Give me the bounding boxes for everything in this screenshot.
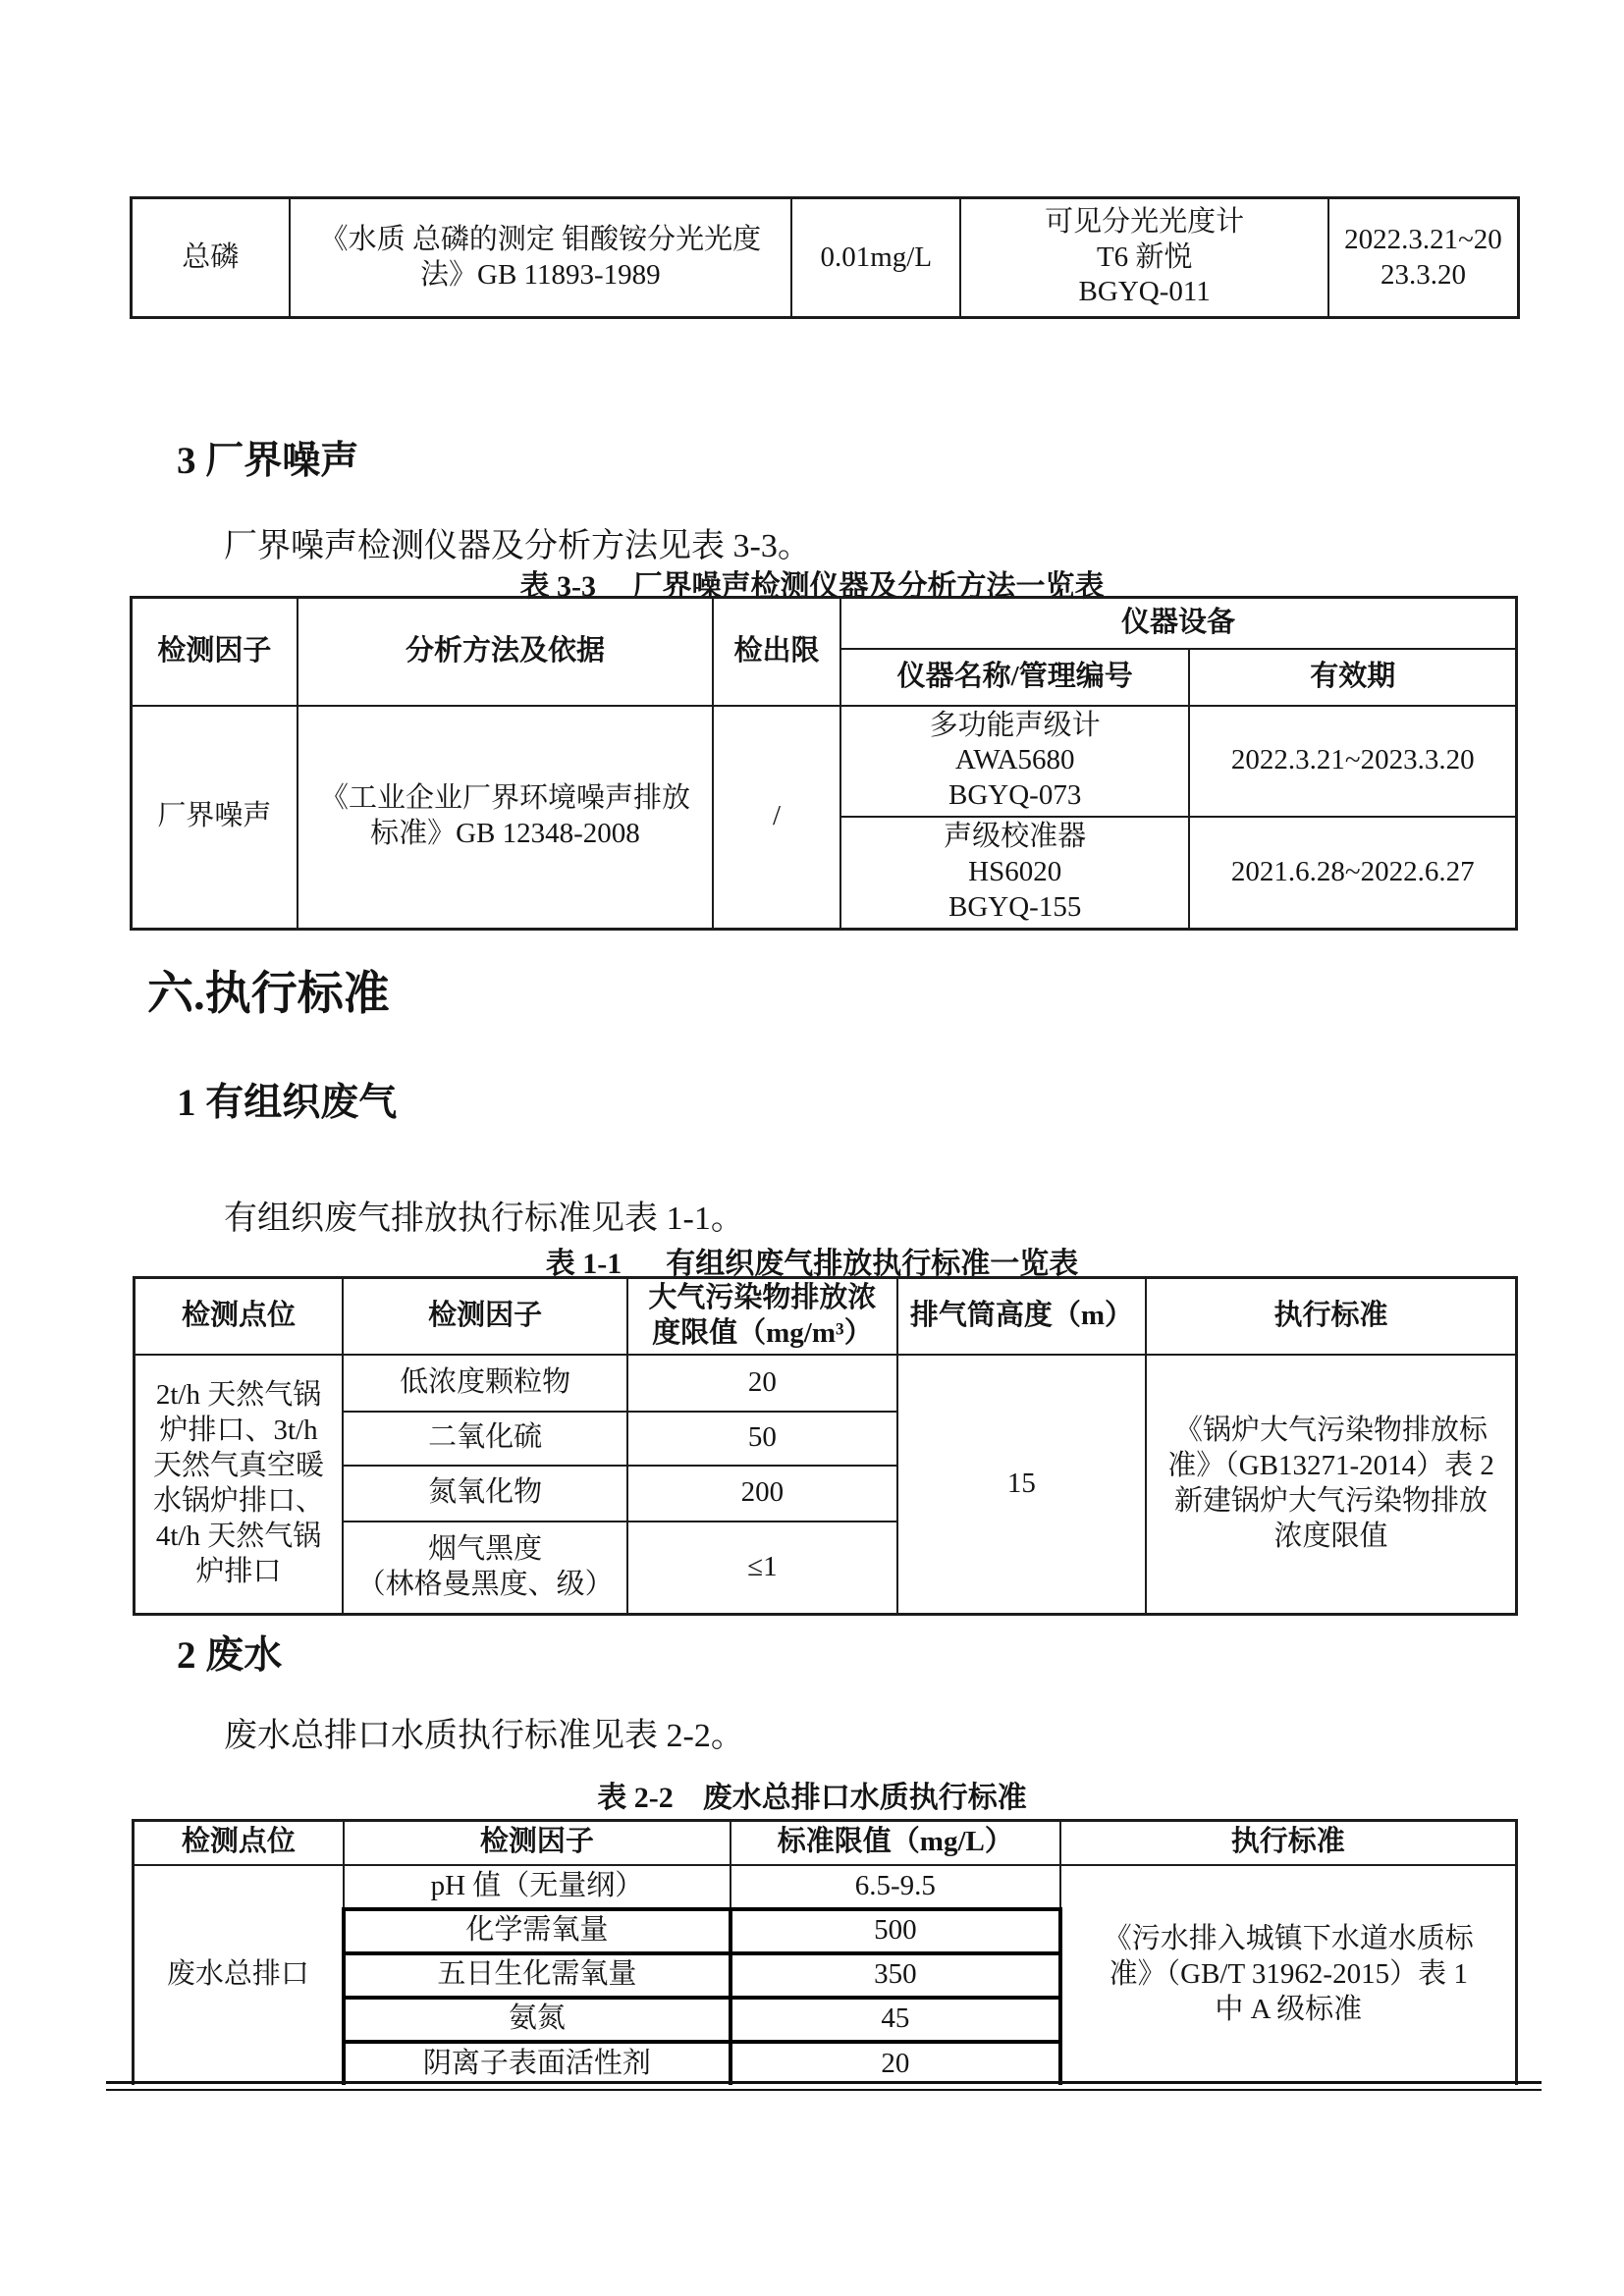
cell-factor-noise: 厂界噪声 [132,706,298,930]
cell-validity-sound-level-meter: 2022.3.21~2023.3.20 [1189,706,1516,818]
cell-validity-calibrator: 2021.6.28~2022.6.27 [1189,817,1516,929]
table-1-1-gas-standards: 检测点位 检测因子 大气污染物排放浓 度限值（mg/m³） 排气筒高度（m） 执… [133,1276,1518,1616]
cell-limit-bod5: 350 [731,1953,1059,1998]
cell-limit-ph: 6.5-9.5 [731,1865,1059,1909]
cell-stack-height-value: 15 [897,1355,1146,1615]
paragraph-noise-intro: 厂界噪声检测仪器及分析方法见表 3-3。 [224,518,811,566]
cell-factor-nox: 氮氧化物 [343,1466,627,1522]
cell-limit-cod: 500 [731,1909,1059,1953]
caption-table-2-2: 表 2-2 废水总排口水质执行标准 [0,1773,1624,1816]
cell-instrument-calibrator: 声级校准器 HS6020 BGYQ-155 [840,817,1190,929]
header-limit: 标准限值（mg/L） [731,1821,1059,1865]
paragraph-gas-intro: 有组织废气排放执行标准见表 1-1。 [224,1191,744,1239]
cell-detection-limit-noise: / [713,706,840,930]
document-page: 总磷 《水质 总磷的测定 钼酸铵分光光度 法》GB 11893-1989 0.0… [0,0,1624,2296]
cell-limit-anionic-surfactant: 20 [731,2042,1059,2085]
table-bottom-double-rule [106,2081,1542,2091]
header-instrument-name: 仪器名称/管理编号 [840,649,1190,706]
cell-factor-total-phosphorus: 总磷 [132,198,290,318]
cell-standard-sewer: 《污水排入城镇下水道水质标 准》（GB/T 31962-2015）表 1 中 A… [1060,1865,1517,2085]
header-stack-height: 排气筒高度（m） [897,1278,1146,1355]
cell-factor-particulates: 低浓度颗粒物 [343,1355,627,1412]
header-factor: 检测因子 [132,598,298,706]
cell-limit-particulates: 20 [627,1355,897,1412]
cell-factor-so2: 二氧化硫 [343,1412,627,1466]
cell-standard-boiler: 《锅炉大气污染物排放标 准》（GB13271-2014）表 2 新建锅炉大气污染… [1146,1355,1516,1615]
header-method: 分析方法及依据 [298,598,713,706]
cell-detection-limit: 0.01mg/L [791,198,960,318]
cell-factor-smoke-blackness: 烟气黑度 （林格曼黑度、级） [343,1522,627,1615]
header-concentration-limit: 大气污染物排放浓 度限值（mg/m³） [627,1278,897,1355]
header-detection-limit: 检出限 [713,598,840,706]
cell-validity: 2022.3.21~2023.3.20 [1328,198,1519,318]
cell-factor-cod: 化学需氧量 [344,1909,731,1953]
cell-factor-anionic-surfactant: 阴离子表面活性剂 [344,2042,731,2085]
cell-limit-ammonia: 45 [731,1998,1059,2042]
header-location: 检测点位 [135,1278,344,1355]
section-heading-noise: 3 厂界噪声 [177,430,358,485]
header-factor: 检测因子 [343,1278,627,1355]
cell-instrument-sound-level-meter: 多功能声级计 AWA5680 BGYQ-073 [840,706,1190,818]
cell-instrument: 可见分光光度计 T6 新悦 BGYQ-011 [960,198,1327,318]
section-heading-standards: 六.执行标准 [147,957,390,1023]
cell-method-noise: 《工业企业厂界环境噪声排放 标准》GB 12348-2008 [298,706,713,930]
cell-method-total-phosphorus: 《水质 总磷的测定 钼酸铵分光光度 法》GB 11893-1989 [290,198,792,318]
header-equipment-group: 仪器设备 [840,598,1517,649]
section-heading-water: 2 废水 [177,1625,282,1680]
cell-limit-nox: 200 [627,1466,897,1522]
cell-location-boilers: 2t/h 天然气锅 炉排口、3t/h 天然气真空暖 水锅炉排口、 4t/h 天然… [135,1355,344,1615]
section-heading-gas: 1 有组织废气 [177,1072,397,1127]
header-validity: 有效期 [1189,649,1516,706]
cell-location-outfall: 废水总排口 [134,1865,344,2085]
cell-factor-ph: pH 值（无量纲） [344,1865,731,1909]
header-standard: 执行标准 [1060,1821,1517,1865]
cell-factor-ammonia: 氨氮 [344,1998,731,2042]
header-factor: 检测因子 [344,1821,731,1865]
table-2-2-wastewater-standards: 检测点位 检测因子 标准限值（mg/L） 执行标准 废水总排口 pH 值（无量纲… [132,1819,1518,2085]
cell-limit-so2: 50 [627,1412,897,1466]
table-3-3-noise-instruments: 检测因子 分析方法及依据 检出限 仪器设备 仪器名称/管理编号 有效期 厂界噪声… [130,596,1518,931]
table-continuation-total-phosphorus: 总磷 《水质 总磷的测定 钼酸铵分光光度 法》GB 11893-1989 0.0… [130,196,1520,319]
cell-factor-bod5: 五日生化需氧量 [344,1953,731,1998]
header-location: 检测点位 [134,1821,344,1865]
header-standard: 执行标准 [1146,1278,1516,1355]
paragraph-water-intro: 废水总排口水质执行标准见表 2-2。 [224,1708,744,1756]
cell-limit-smoke-blackness: ≤1 [627,1522,897,1615]
